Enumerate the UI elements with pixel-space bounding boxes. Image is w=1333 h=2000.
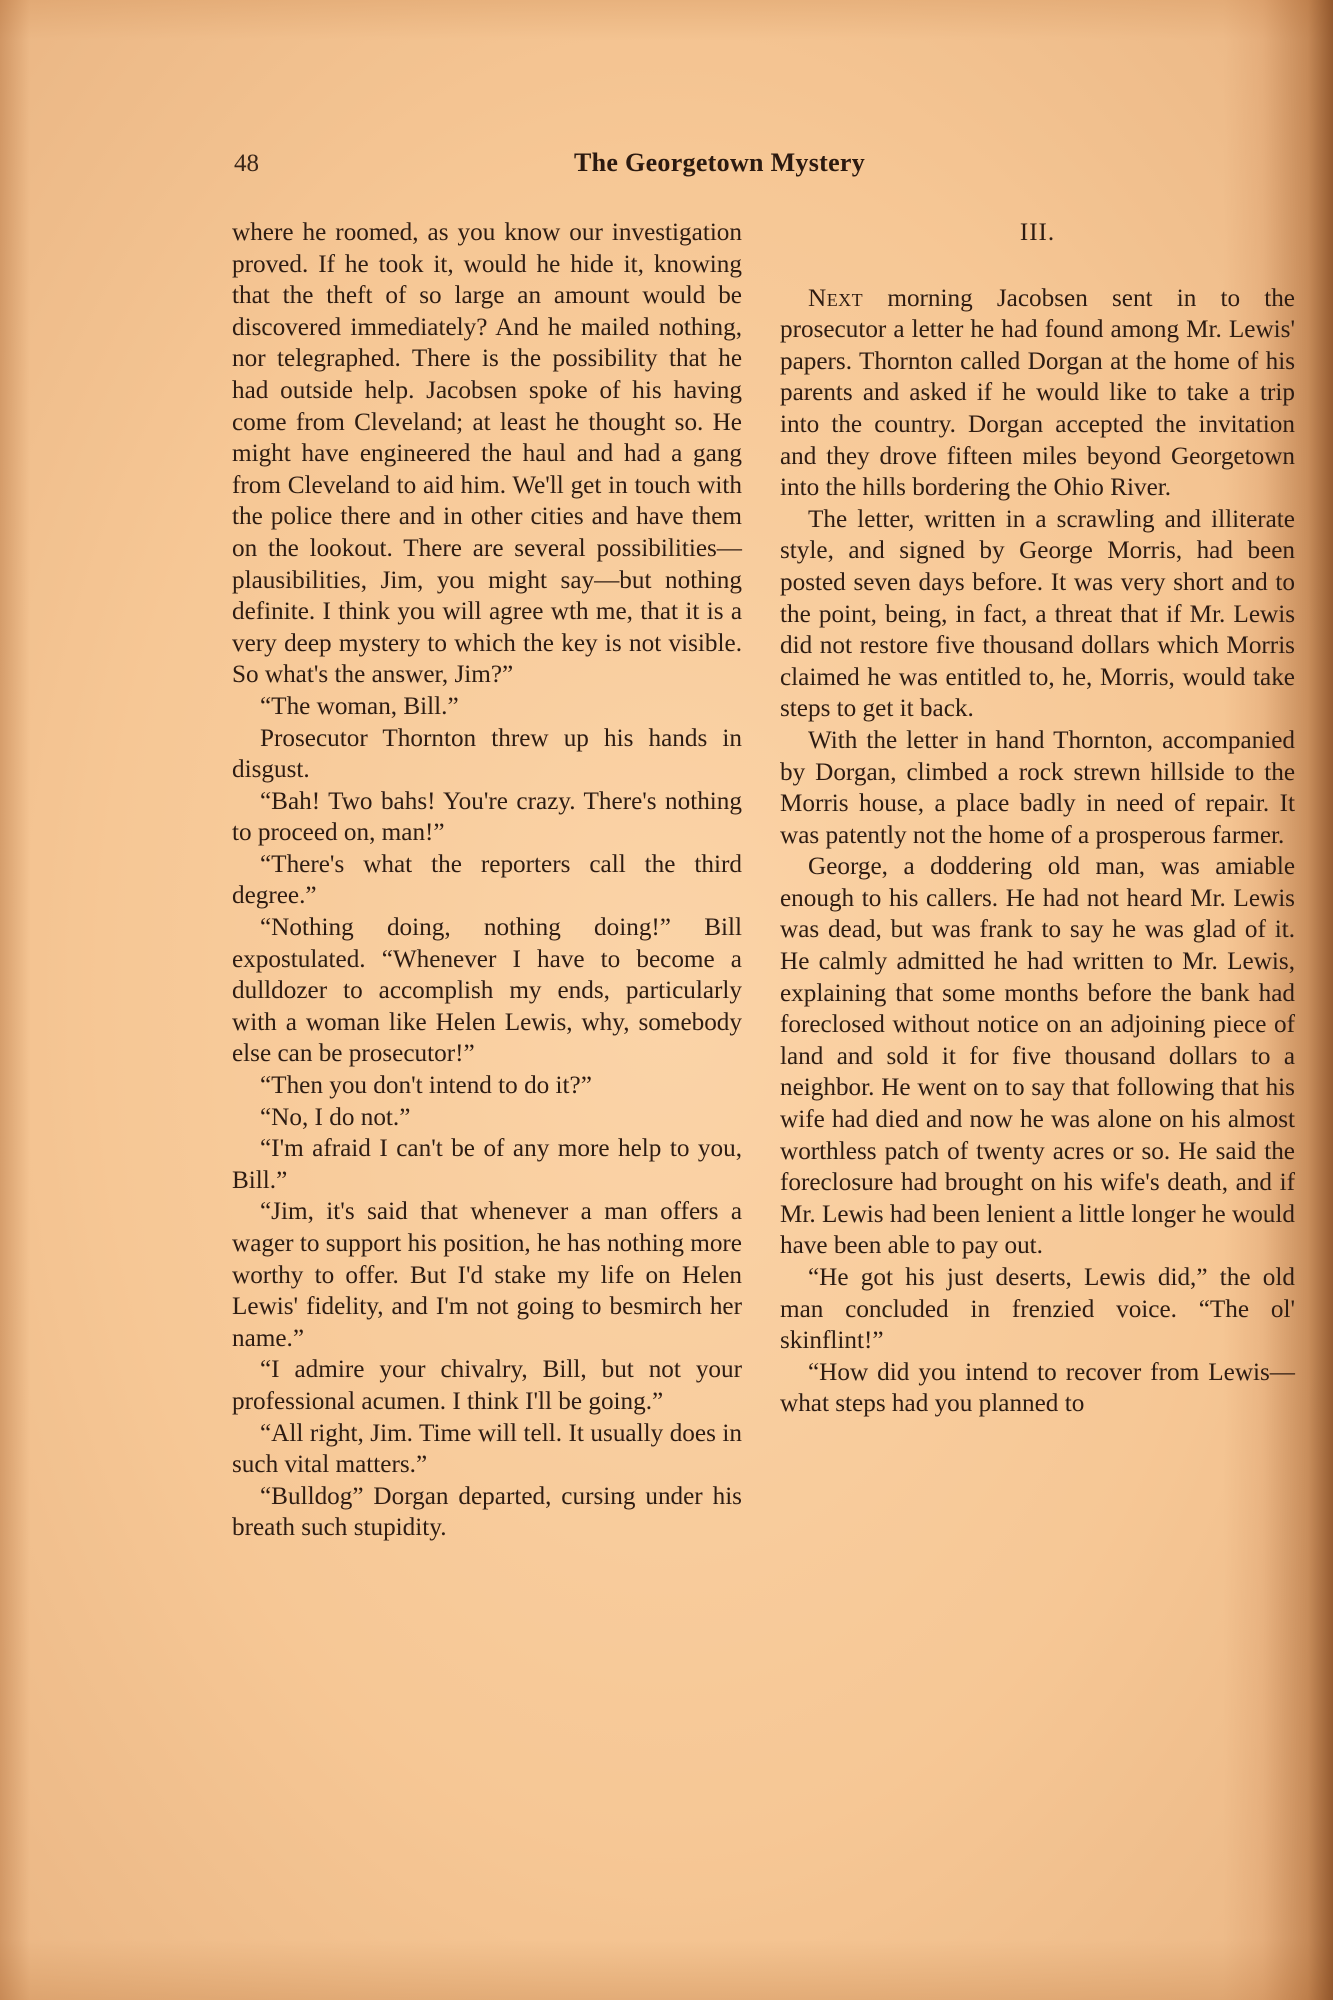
paragraph: “There's what the reporters call the thi… [232,849,742,912]
paragraph: “Nothing doing, nothing doing!” Bill exp… [232,912,742,1070]
page-number: 48 [234,150,259,178]
paragraph: “Then you don't intend to do it?” [232,1070,742,1102]
lead-word: Next [808,285,863,312]
paragraph: “Bah! Two bahs! You're crazy. There's no… [232,786,742,849]
paragraph: “I admire your chivalry, Bill, but not y… [232,1354,742,1417]
paragraph: “How did you intend to recover from Lewi… [780,1357,1295,1420]
paragraph: where he roomed, as you know our investi… [232,217,742,691]
left-column: where he roomed, as you know our investi… [232,217,742,1544]
paragraph: “Jim, it's said that whenever a man offe… [232,1196,742,1354]
paragraph: “Bulldog” Dorgan departed, cursing under… [232,1481,742,1544]
running-title: The Georgetown Mystery [574,148,865,178]
section-heading: III. [780,217,1295,249]
paragraph: “All right, Jim. Time will tell. It usua… [232,1418,742,1481]
paragraph: Prosecutor Thornton threw up his hands i… [232,723,742,786]
paragraph: “He got his just deserts, Lewis did,” th… [780,1262,1295,1357]
right-column: III. Next morning Jacobsen sent in to th… [780,217,1295,1420]
running-head: 48 The Georgetown Mystery [234,150,954,190]
paragraph: With the letter in hand Thornton, accomp… [780,725,1295,851]
book-page: 48 The Georgetown Mystery where he roome… [0,0,1333,2000]
paragraph-text: morning Jacobsen sent in to the prosecut… [780,285,1295,502]
paragraph: “No, I do not.” [232,1102,742,1134]
paragraph: “The woman, Bill.” [232,691,742,723]
paragraph: The letter, written in a scrawling and i… [780,504,1295,725]
paragraph: George, a doddering old man, was amiable… [780,851,1295,1262]
paragraph: Next morning Jacobsen sent in to the pro… [780,283,1295,504]
paragraph: “I'm afraid I can't be of any more help … [232,1133,742,1196]
